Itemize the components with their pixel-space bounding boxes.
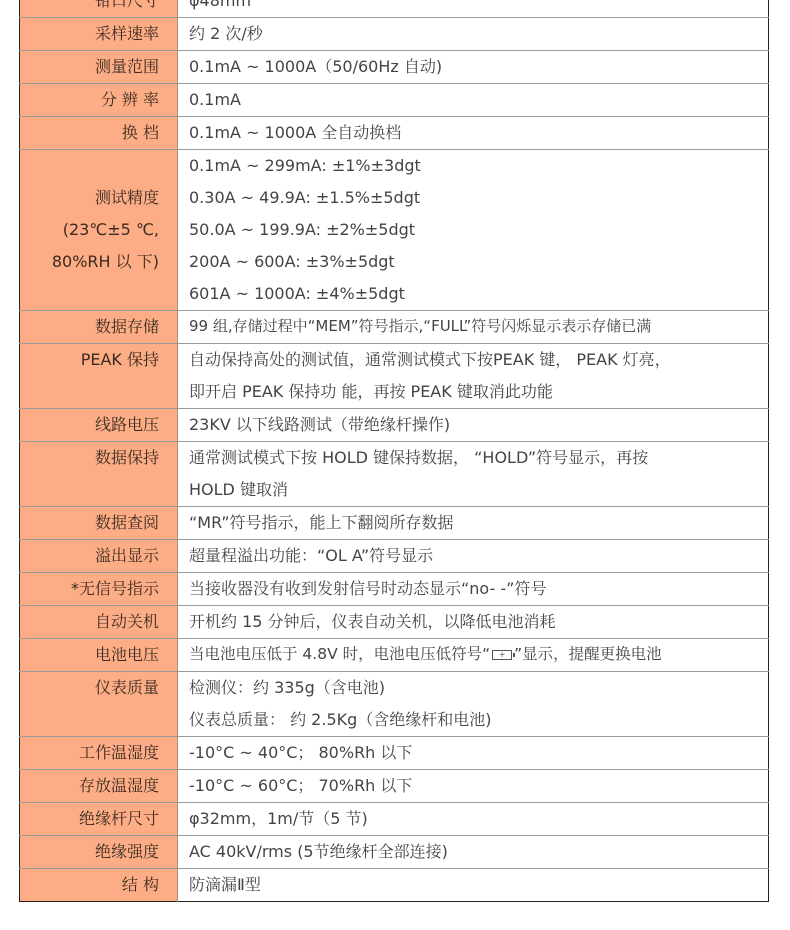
table-row: 数据保持通常测试模式下按 HOLD 键保持数据， “HOLD”符号显示，再按HO… [20, 442, 769, 507]
row-value: 99 组,存储过程中“MEM”符号指示,“FULL”符号闪烁显示表示存储已满 [178, 311, 769, 344]
row-value: 0.1mA ~ 1000A 全自动换档 [178, 117, 769, 150]
row-label: 结 构 [20, 869, 178, 902]
row-value: 0.1mA ~ 1000A（50/60Hz 自动) [178, 51, 769, 84]
battery-text-suffix: ”显示，提醒更换电池 [514, 645, 662, 663]
row-label: 钳口尺寸 [20, 0, 178, 18]
row-label: 仪表质量 [20, 672, 178, 737]
table-row: 测试精度 (23℃±5 ℃, 80%RH 以 下) 0.1mA ~ 299mA:… [20, 150, 769, 311]
row-label: *无信号指示 [20, 573, 178, 606]
row-value: 0.1mA ~ 299mA: ±1%±3dgt 0.30A ~ 49.9A: ±… [178, 150, 769, 311]
row-label: 数据查阅 [20, 507, 178, 540]
row-value: 约 2 次/秒 [178, 18, 769, 51]
table-row: 仪表质量检测仪：约 335g（含电池)仪表总质量： 约 2.5Kg（含绝缘杆和电… [20, 672, 769, 737]
row-label: 自动关机 [20, 606, 178, 639]
row-value: 当电池电压低于 4.8V 时，电池电压低符号“+”显示，提醒更换电池 [178, 639, 769, 672]
row-label: 绝缘杆尺寸 [20, 803, 178, 836]
row-value: 防滴漏Ⅱ型 [178, 869, 769, 902]
table-row: *无信号指示当接收器没有收到发射信号时动态显示“no- -”符号 [20, 573, 769, 606]
row-value: 开机约 15 分钟后，仪表自动关机，以降低电池消耗 [178, 606, 769, 639]
battery-text-prefix: 当电池电压低于 4.8V 时，电池电压低符号“ [189, 645, 490, 663]
row-label: 存放温湿度 [20, 770, 178, 803]
row-label: 测试精度 (23℃±5 ℃, 80%RH 以 下) [20, 150, 178, 311]
table-row: 绝缘杆尺寸φ32mm，1m/节（5 节) [20, 803, 769, 836]
table-row: 钳口尺寸φ48mm [20, 0, 769, 18]
table-row: 存放温湿度-10°C ~ 60°C； 70%Rh 以下 [20, 770, 769, 803]
table-row: PEAK 保持自动保持高处的测试值，通常测试模式下按PEAK 键， PEAK 灯… [20, 344, 769, 409]
row-label: PEAK 保持 [20, 344, 178, 409]
row-value: 23KV 以下线路测试（带绝缘杆操作) [178, 409, 769, 442]
row-label: 分 辨 率 [20, 84, 178, 117]
row-label: 线路电压 [20, 409, 178, 442]
row-value: AC 40kV/rms (5节绝缘杆全部连接) [178, 836, 769, 869]
row-value: -10°C ~ 40°C； 80%Rh 以下 [178, 737, 769, 770]
row-label: 电池电压 [20, 639, 178, 672]
row-label: 数据保持 [20, 442, 178, 507]
table-row: 工作温湿度-10°C ~ 40°C； 80%Rh 以下 [20, 737, 769, 770]
row-value: 当接收器没有收到发射信号时动态显示“no- -”符号 [178, 573, 769, 606]
row-label: 溢出显示 [20, 540, 178, 573]
table-row: 数据存储99 组,存储过程中“MEM”符号指示,“FULL”符号闪烁显示表示存储… [20, 311, 769, 344]
row-value: -10°C ~ 60°C； 70%Rh 以下 [178, 770, 769, 803]
table-row: 线路电压23KV 以下线路测试（带绝缘杆操作) [20, 409, 769, 442]
row-label: 绝缘强度 [20, 836, 178, 869]
row-label: 数据存储 [20, 311, 178, 344]
table-row: 分 辨 率0.1mA [20, 84, 769, 117]
table-row: 数据查阅“MR”符号指示，能上下翻阅所存数据 [20, 507, 769, 540]
row-value: 通常测试模式下按 HOLD 键保持数据， “HOLD”符号显示，再按HOLD 键… [178, 442, 769, 507]
table-row: 溢出显示超量程溢出功能：“OL A”符号显示 [20, 540, 769, 573]
spec-table: 钳口尺寸φ48mm 采样速率约 2 次/秒 测量范围0.1mA ~ 1000A（… [19, 0, 769, 902]
battery-low-icon: + [492, 650, 512, 660]
table-row: 电池电压当电池电压低于 4.8V 时，电池电压低符号“+”显示，提醒更换电池 [20, 639, 769, 672]
table-row: 自动关机开机约 15 分钟后，仪表自动关机，以降低电池消耗 [20, 606, 769, 639]
table-row: 绝缘强度AC 40kV/rms (5节绝缘杆全部连接) [20, 836, 769, 869]
row-value: φ32mm，1m/节（5 节) [178, 803, 769, 836]
row-label: 采样速率 [20, 18, 178, 51]
row-label: 换 档 [20, 117, 178, 150]
row-value: φ48mm [178, 0, 769, 18]
table-row: 结 构防滴漏Ⅱ型 [20, 869, 769, 902]
table-row: 测量范围0.1mA ~ 1000A（50/60Hz 自动) [20, 51, 769, 84]
table-row: 采样速率约 2 次/秒 [20, 18, 769, 51]
table-row: 换 档0.1mA ~ 1000A 全自动换档 [20, 117, 769, 150]
row-value: “MR”符号指示，能上下翻阅所存数据 [178, 507, 769, 540]
row-label: 测量范围 [20, 51, 178, 84]
row-label: 工作温湿度 [20, 737, 178, 770]
row-value: 超量程溢出功能：“OL A”符号显示 [178, 540, 769, 573]
row-value: 自动保持高处的测试值，通常测试模式下按PEAK 键， PEAK 灯亮，即开启 P… [178, 344, 769, 409]
row-value: 检测仪：约 335g（含电池)仪表总质量： 约 2.5Kg（含绝缘杆和电池) [178, 672, 769, 737]
row-value: 0.1mA [178, 84, 769, 117]
